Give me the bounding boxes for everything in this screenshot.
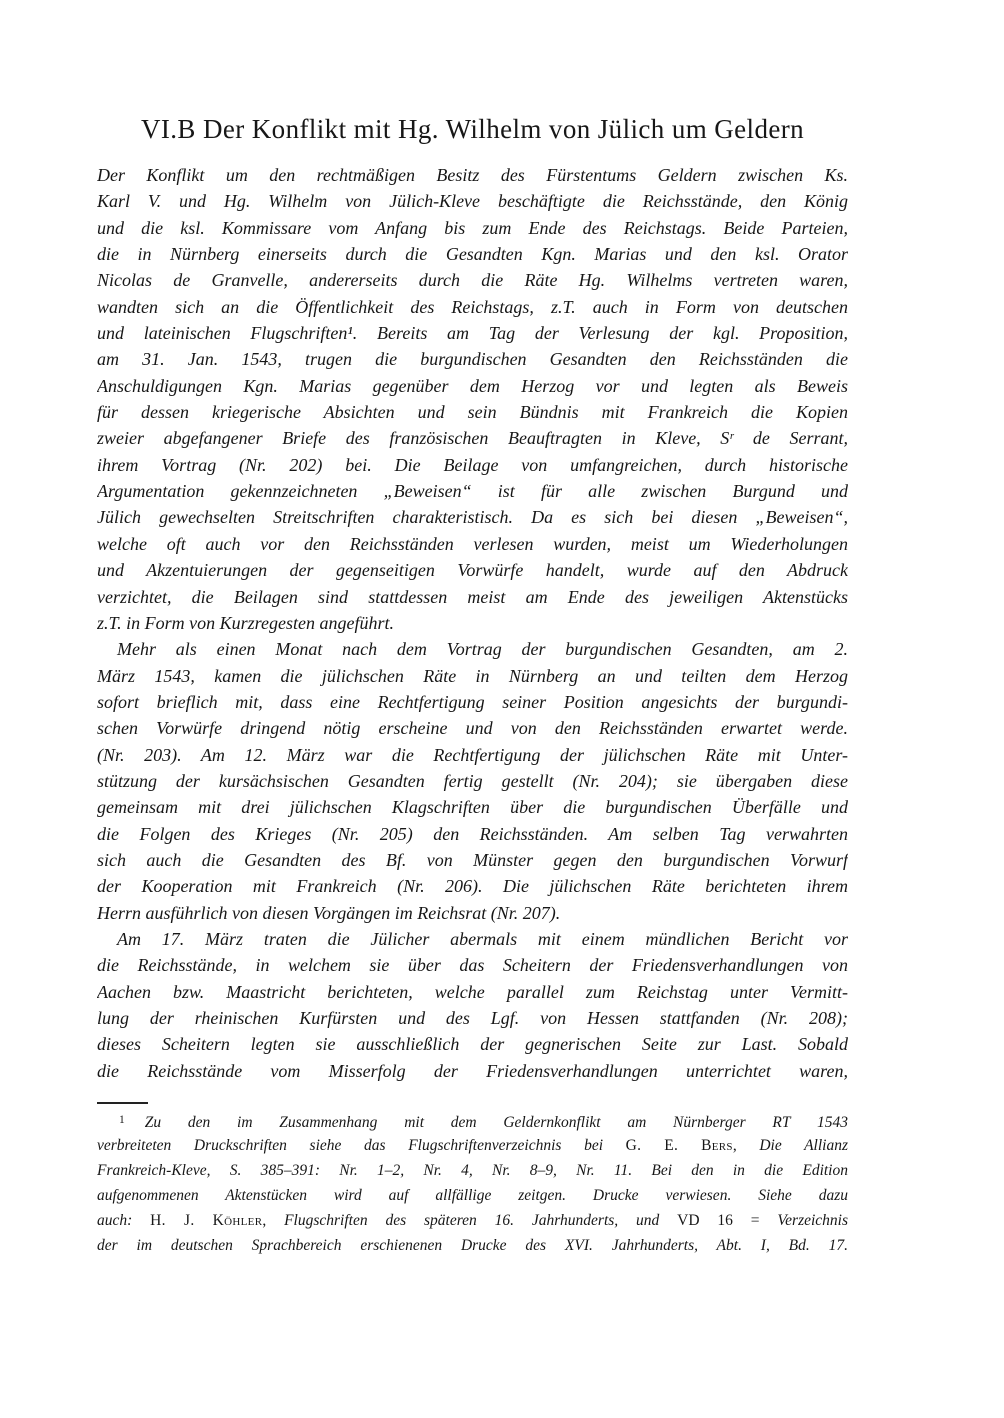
text-line: wandten sich an die Öffentlichkeit des R… bbox=[97, 294, 848, 320]
footnote-separator bbox=[97, 1102, 148, 1104]
paragraph: Mehr als einen Monat nach dem Vortrag de… bbox=[97, 636, 848, 926]
text-line: sofort brieflich mit, dass eine Rechtfer… bbox=[97, 689, 848, 715]
text-line: zweier abgefangener Briefe des französis… bbox=[97, 425, 848, 451]
text-line: Herrn ausführlich von diesen Vorgängen i… bbox=[97, 900, 848, 926]
text-line: und Akzentuierungen der gegenseitigen Vo… bbox=[97, 557, 848, 583]
footnote-text-segment: H. J. Köhler bbox=[150, 1212, 262, 1229]
footnote-text-segment: Flugschriften des späteren 16. Jahrhunde… bbox=[284, 1212, 618, 1229]
paragraph: Am 17. März traten die Jülicher abermals… bbox=[97, 926, 848, 1084]
text-line: Nicolas de Granvelle, andererseits durch… bbox=[97, 267, 848, 293]
footnote-line: verbreiteten Druckschriften siehe das Fl… bbox=[97, 1133, 848, 1158]
text-line: z.T. in Form von Kurzregesten angeführt. bbox=[97, 610, 848, 636]
footnote-line: Frankreich-Kleve, S. 385–391: Nr. 1–2, N… bbox=[97, 1158, 848, 1183]
footnote-text-segment: verbreiteten Druckschriften siehe das Fl… bbox=[97, 1137, 626, 1154]
text-line: und die ksl. Kommissare vom Anfang bis z… bbox=[97, 215, 848, 241]
footnote-text-segment: Verzeichnis bbox=[777, 1212, 848, 1229]
text-line: die Folgen des Krieges (Nr. 205) den Rei… bbox=[97, 821, 848, 847]
paragraph: Der Konflikt um den rechtmäßigen Besitz … bbox=[97, 162, 848, 636]
footnote-text-segment: aufgenommenen Aktenstücken wird auf allf… bbox=[97, 1187, 848, 1204]
text-line: welche oft auch vor den Reichsständen ve… bbox=[97, 531, 848, 557]
text-line: die Reichsstände, in welchem sie über da… bbox=[97, 952, 848, 978]
book-page: VI.B Der Konflikt mit Hg. Wilhelm von Jü… bbox=[0, 0, 1004, 1418]
text-line: die in Nürnberg einerseits durch die Ges… bbox=[97, 241, 848, 267]
footnote-text-segment: Die Allianz bbox=[759, 1137, 848, 1154]
text-line: sich auch die Gesandten des Bf. von Müns… bbox=[97, 847, 848, 873]
footnote-line: der im deutschen Sprachbereich erschiene… bbox=[97, 1233, 848, 1258]
footnote-text-segment: Frankreich-Kleve, S. 385–391: Nr. 1–2, N… bbox=[97, 1162, 848, 1179]
footnote-line: auch: H. J. Köhler, Flugschriften des sp… bbox=[97, 1208, 848, 1233]
text-line: dieses Scheitern legten sie ausschließli… bbox=[97, 1031, 848, 1057]
footnote-text-segment: und bbox=[618, 1212, 677, 1229]
footnote-text-segment: VD 16 = bbox=[677, 1212, 777, 1229]
footnote-marker: 1 bbox=[119, 1114, 125, 1126]
text-line: und lateinischen Flugschriften¹. Bereits… bbox=[97, 320, 848, 346]
footnote: 1Zu den im Zusammenhang mit dem Geldernk… bbox=[97, 1108, 848, 1258]
footnote-line: aufgenommenen Aktenstücken wird auf allf… bbox=[97, 1183, 848, 1208]
text-line: Am 17. März traten die Jülicher abermals… bbox=[97, 926, 848, 952]
footnote-text-segment: auch: bbox=[97, 1212, 150, 1229]
text-line: gemeinsam mit drei jülichschen Klagschri… bbox=[97, 794, 848, 820]
text-line: schen Vorwürfe dringend nötig erscheine … bbox=[97, 715, 848, 741]
text-line: Argumentation gekennzeichneten „Beweisen… bbox=[97, 478, 848, 504]
text-line: der Kooperation mit Frankreich (Nr. 206)… bbox=[97, 873, 848, 899]
footnote-text-segment: , bbox=[262, 1212, 284, 1229]
text-line: stützung der kursächsischen Gesandten fe… bbox=[97, 768, 848, 794]
footnote-text-segment: G. E. Bers bbox=[626, 1137, 733, 1154]
text-line: Jülich gewechselten Streitschriften char… bbox=[97, 504, 848, 530]
body-text: Der Konflikt um den rechtmäßigen Besitz … bbox=[97, 162, 848, 1084]
footnote-text-segment: , bbox=[733, 1137, 760, 1154]
text-line: März 1543, kamen die jülichschen Räte in… bbox=[97, 663, 848, 689]
footnote-text-segment: der im deutschen Sprachbereich erschiene… bbox=[97, 1237, 848, 1254]
text-line: Anschuldigungen Kgn. Marias gegenüber de… bbox=[97, 373, 848, 399]
text-line: (Nr. 203). Am 12. März war die Rechtfert… bbox=[97, 742, 848, 768]
footnote-text-segment: Zu den im Zusammenhang mit dem Geldernko… bbox=[145, 1114, 848, 1131]
text-line: ihrem Vortrag (Nr. 202) bei. Die Beilage… bbox=[97, 452, 848, 478]
text-line: verzichtet, die Beilagen sind stattdesse… bbox=[97, 584, 848, 610]
footnote-line: 1Zu den im Zusammenhang mit dem Geldernk… bbox=[97, 1108, 848, 1133]
text-line: lung der rheinischen Kurfürsten und des … bbox=[97, 1005, 848, 1031]
text-line: Mehr als einen Monat nach dem Vortrag de… bbox=[97, 636, 848, 662]
text-line: die Reichsstände vom Misserfolg der Frie… bbox=[97, 1058, 848, 1084]
text-line: am 31. Jan. 1543, trugen die burgundisch… bbox=[97, 346, 848, 372]
text-line: Der Konflikt um den rechtmäßigen Besitz … bbox=[97, 162, 848, 188]
section-heading: VI.B Der Konflikt mit Hg. Wilhelm von Jü… bbox=[97, 112, 848, 146]
text-line: Karl V. und Hg. Wilhelm von Jülich-Kleve… bbox=[97, 188, 848, 214]
text-line: für dessen kriegerische Absichten und se… bbox=[97, 399, 848, 425]
text-line: Aachen bzw. Maastricht berichteten, welc… bbox=[97, 979, 848, 1005]
